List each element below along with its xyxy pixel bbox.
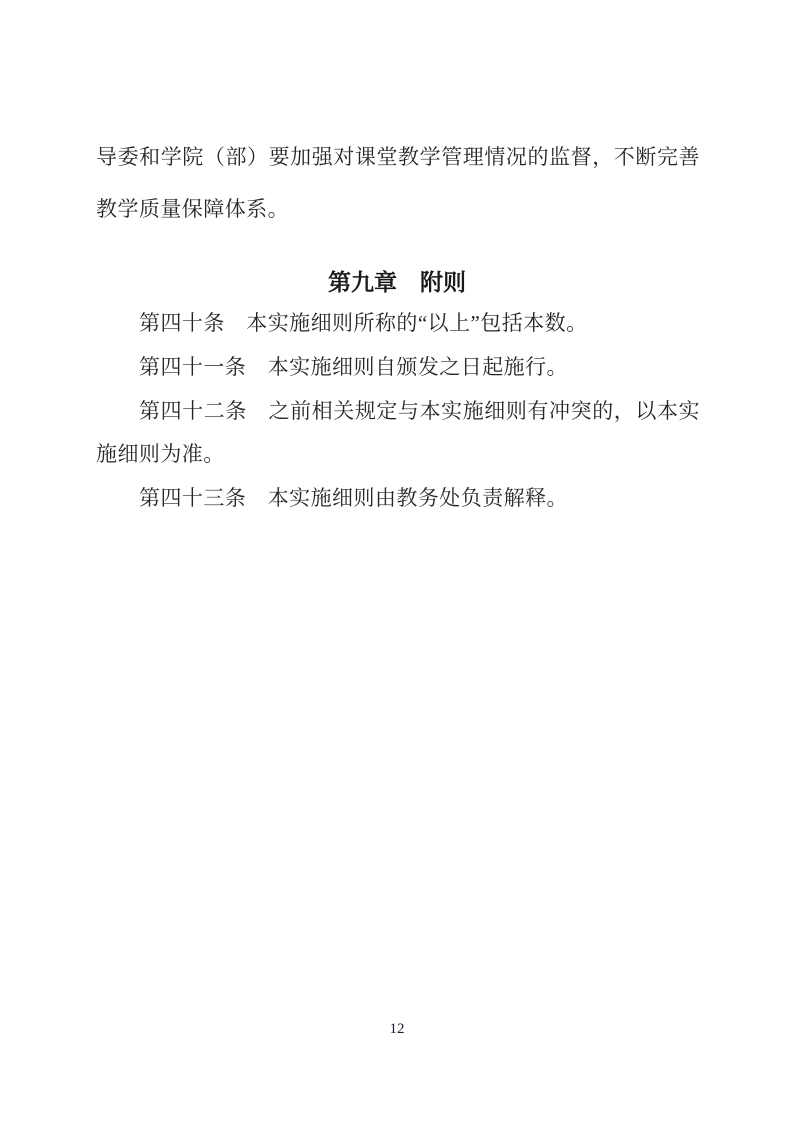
article-paragraph: 第四十一条 本实施细则自颁发之日起施行。 — [96, 346, 700, 390]
page-number: 12 — [0, 1020, 794, 1038]
chapter-heading: 第九章 附则 — [0, 266, 794, 298]
article-paragraph: 第四十二条 之前相关规定与本实施细则有冲突的，以本实施细则为准。 — [96, 390, 700, 478]
document-page: 导委和学院（部）要加强对课堂教学管理情况的监督，不断完善教学质量保障体系。 第九… — [0, 0, 794, 1123]
articles-block: 第四十条 本实施细则所称的“以上”包括本数。 第四十一条 本实施细则自颁发之日起… — [96, 302, 700, 521]
body-paragraph-continuation: 导委和学院（部）要加强对课堂教学管理情况的监督，不断完善教学质量保障体系。 — [96, 131, 700, 235]
article-paragraph: 第四十条 本实施细则所称的“以上”包括本数。 — [96, 302, 700, 346]
article-paragraph: 第四十三条 本实施细则由教务处负责解释。 — [96, 477, 700, 521]
